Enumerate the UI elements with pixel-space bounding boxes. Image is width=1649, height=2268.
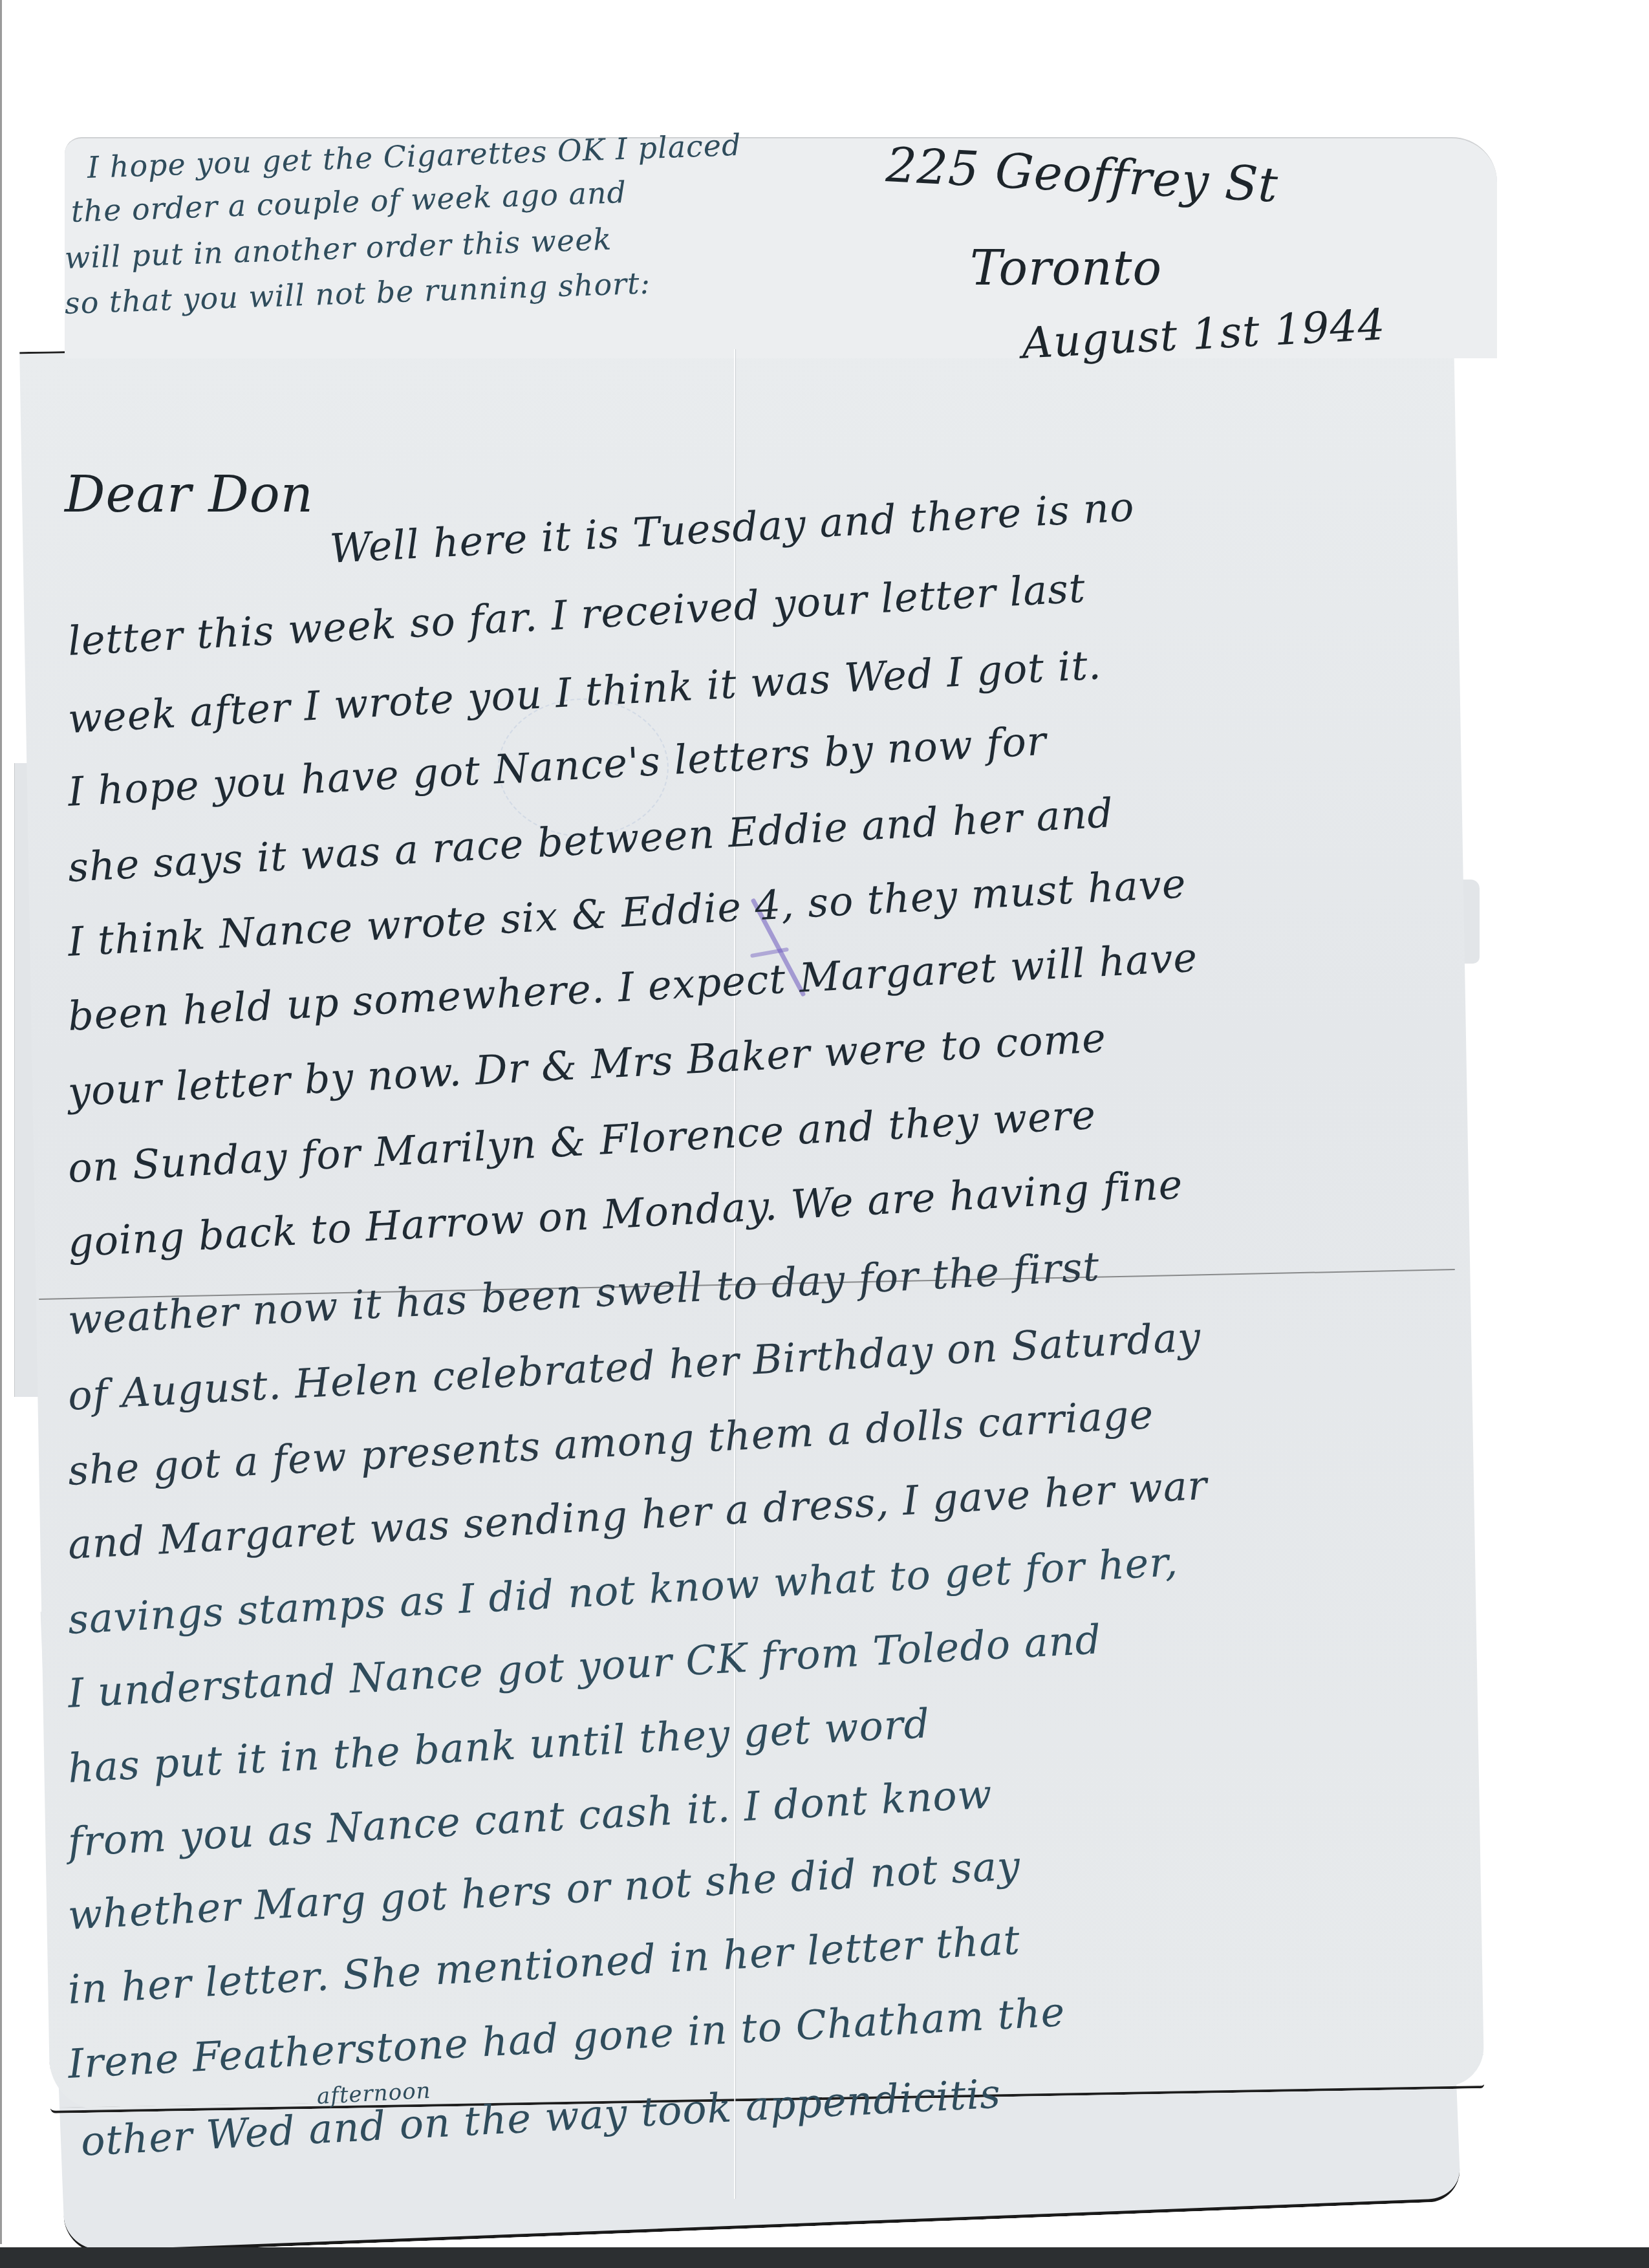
scan-edge — [0, 0, 2, 2244]
scanner-bed-edge — [0, 2247, 1649, 2268]
salutation: Dear Don — [65, 466, 314, 524]
address-city: Toronto — [970, 241, 1162, 296]
